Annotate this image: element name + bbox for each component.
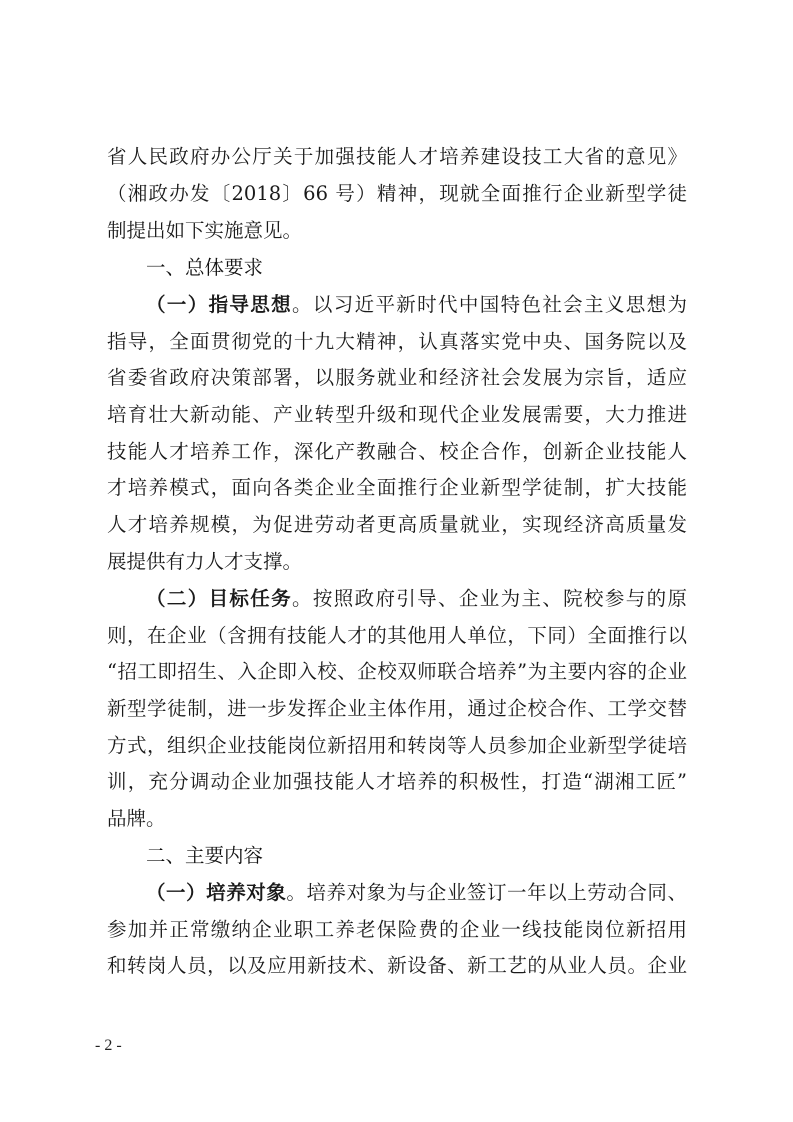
body-line: 和转岗人员，以及应用新技术、新设备、新工艺的从业人员。企业: [107, 954, 687, 978]
body-line: 省人民政府办公厅关于加强技能人才培养建设技工大省的意见》: [107, 145, 687, 169]
body-line: 参加并正常缴纳企业职工养老保险费的企业一线技能岗位新招用: [107, 918, 687, 942]
subsection-keyword: 指导思想: [209, 293, 292, 316]
body-line: 技能人才培养工作，深化产教融合、校企合作，创新企业技能人: [107, 440, 687, 464]
body-line: 新型学徒制，进一步发挥企业主体作用，通过企校合作、工学交替: [107, 697, 687, 721]
body-line: 培育壮大新动能、产业转型升级和现代企业发展需要，大力推进: [107, 403, 687, 427]
subsection-label: （二）: [146, 587, 209, 610]
body-line: （湘政办发〔2018〕66 号）精神，现就全面推行企业新型学徒: [107, 182, 687, 206]
subsection-text: 。以习近平新时代中国特色社会主义思想为: [292, 293, 687, 316]
subsection-first-line: （二）目标任务。按照政府引导、企业为主、院校参与的原: [146, 587, 687, 611]
body-line: 训，充分调动企业加强技能人才培养的积极性，打造“湖湘工匠”: [107, 770, 687, 794]
subsection-text: 。培养对象为与企业签订一年以上劳动合同、: [286, 881, 687, 904]
body-line: 才培养模式，面向各类企业全面推行企业新型学徒制，扩大技能: [107, 476, 687, 500]
body-line: “招工即招生、入企即入校、企校双师联合培养”为主要内容的企业: [107, 660, 687, 684]
page-number: - 2 -: [95, 1037, 122, 1055]
section-heading-2: 二、主要内容: [146, 844, 263, 868]
document-page: 省人民政府办公厅关于加强技能人才培养建设技工大省的意见》 （湘政办发〔2018〕…: [0, 0, 793, 1122]
body-line: 展提供有力人才支撑。: [107, 550, 687, 574]
body-line: 则，在企业（含拥有技能人才的其他用人单位，下同）全面推行以: [107, 624, 687, 648]
subsection-keyword: 培养对象: [206, 881, 286, 904]
body-line: 方式，组织企业技能岗位新招用和转岗等人员参加企业新型学徒培: [107, 734, 687, 758]
body-line: 品牌。: [107, 807, 687, 831]
subsection-label: （一）: [146, 881, 206, 904]
body-line: 人才培养规模，为促进劳动者更高质量就业，实现经济高质量发: [107, 513, 687, 537]
subsection-text: 。按照政府引导、企业为主、院校参与的原: [292, 587, 687, 610]
subsection-label: （一）: [146, 293, 209, 316]
section-heading-1: 一、总体要求: [146, 256, 263, 280]
subsection-first-line: （一）指导思想。以习近平新时代中国特色社会主义思想为: [146, 293, 687, 317]
subsection-keyword: 目标任务: [209, 587, 292, 610]
body-line: 指导，全面贯彻党的十九大精神，认真落实党中央、国务院以及: [107, 330, 687, 354]
subsection-first-line: （一）培养对象。培养对象为与企业签订一年以上劳动合同、: [146, 881, 687, 905]
body-line: 制提出如下实施意见。: [107, 219, 687, 243]
body-line: 省委省政府决策部署，以服务就业和经济社会发展为宗旨，适应: [107, 366, 687, 390]
